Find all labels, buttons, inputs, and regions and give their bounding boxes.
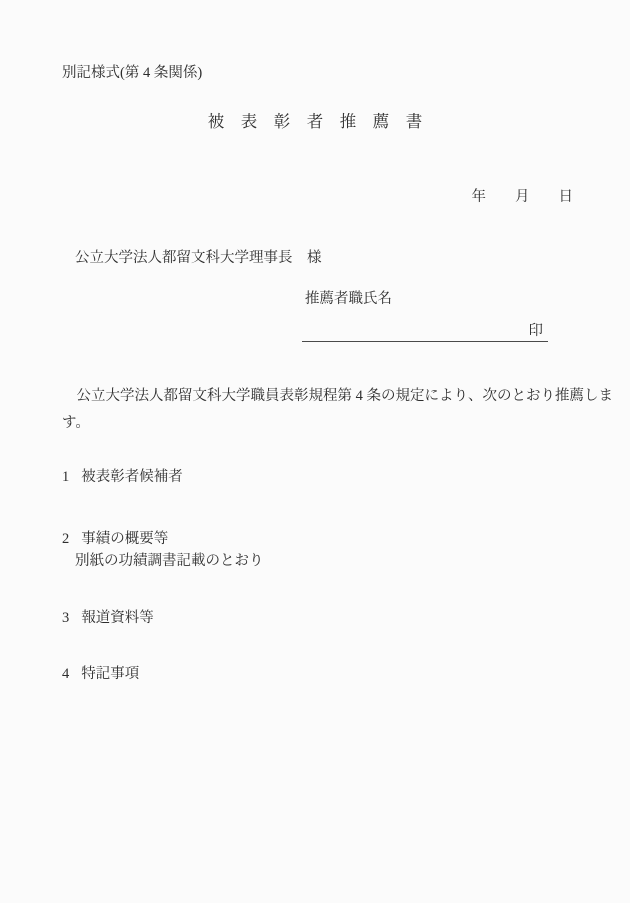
list-item-4: 4特記事項 bbox=[62, 662, 139, 683]
list-item-3: 3報道資料等 bbox=[62, 606, 154, 627]
item-4-number: 4 bbox=[62, 666, 69, 683]
item-1-label: 被表彰者候補者 bbox=[81, 469, 183, 485]
item-3-label: 報道資料等 bbox=[81, 610, 154, 626]
list-item-1: 1被表彰者候補者 bbox=[62, 465, 183, 486]
item-2-note: 別紙の功績調書記載のとおり bbox=[75, 549, 264, 570]
date-line: 年 月 日 bbox=[472, 185, 574, 206]
item-4-label: 特記事項 bbox=[81, 666, 139, 682]
body-paragraph-line-1: 公立大学法人都留文科大学職員表彰規程第 4 条の規定により、次のとおり推薦しま bbox=[62, 384, 582, 405]
seal-mark: 印 bbox=[529, 323, 544, 339]
item-2-number: 2 bbox=[62, 531, 69, 548]
signature-line: 印 bbox=[302, 320, 548, 342]
document-page: 別記様式(第 4 条関係) 被 表 彰 者 推 薦 書 年 月 日 公立大学法人… bbox=[0, 0, 630, 903]
document-title: 被 表 彰 者 推 薦 書 bbox=[0, 108, 630, 132]
item-3-number: 3 bbox=[62, 610, 69, 627]
body-paragraph-line-2: す。 bbox=[62, 411, 582, 432]
recommender-name-label: 推薦者職氏名 bbox=[305, 287, 392, 308]
item-1-number: 1 bbox=[62, 469, 69, 486]
addressee-line: 公立大学法人都留文科大学理事長 様 bbox=[75, 246, 322, 267]
form-note: 別記様式(第 4 条関係) bbox=[62, 61, 202, 82]
list-item-2: 2事績の概要等 bbox=[62, 527, 168, 548]
item-2-label: 事績の概要等 bbox=[81, 531, 168, 547]
